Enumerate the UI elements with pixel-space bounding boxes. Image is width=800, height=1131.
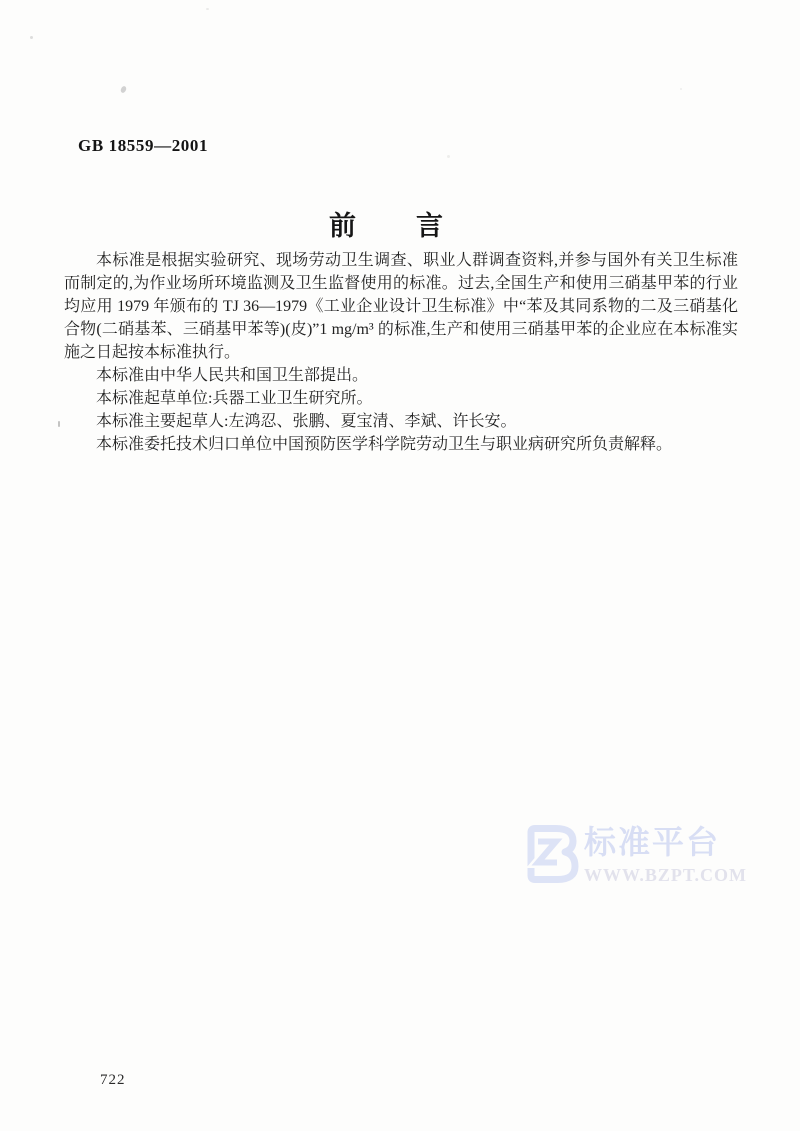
paragraph: 本标准是根据实验研究、现场劳动卫生调查、职业人群调查资料,并参与国外有关卫生标准… [64,249,738,364]
page-title: 前 言 [0,213,786,240]
title-char-second: 言 [416,213,443,240]
scan-speck [58,421,60,427]
watermark-url: WWW.BZPT.COM [584,866,747,884]
bzpt-logo-icon [525,823,581,886]
watermark: 标准平台 WWW.BZPT.COM [525,823,747,886]
title-char-first: 前 [329,213,356,240]
foreword-body: 本标准是根据实验研究、现场劳动卫生调查、职业人群调查资料,并参与国外有关卫生标准… [64,249,738,456]
paragraph: 本标准由中华人民共和国卫生部提出。 [64,364,738,387]
scan-speck [30,36,33,39]
scan-speck [447,155,450,158]
paragraph: 本标准委托技术归口单位中国预防医学科学院劳动卫生与职业病研究所负责解释。 [64,433,738,456]
paragraph: 本标准起草单位:兵器工业卫生研究所。 [64,387,738,410]
scan-speck [120,85,127,93]
paragraph: 本标准主要起草人:左鸿忍、张鹏、夏宝清、李斌、许长安。 [64,410,738,433]
scan-speck [680,88,682,90]
page-number: 722 [100,1072,126,1089]
scan-speck [206,8,209,10]
watermark-text: 标准平台 WWW.BZPT.COM [584,823,747,884]
watermark-brand: 标准平台 [584,826,747,858]
standard-code: GB 18559—2001 [78,136,208,156]
document-page: GB 18559—2001 前 言 本标准是根据实验研究、现场劳动卫生调查、职业… [0,0,800,1131]
